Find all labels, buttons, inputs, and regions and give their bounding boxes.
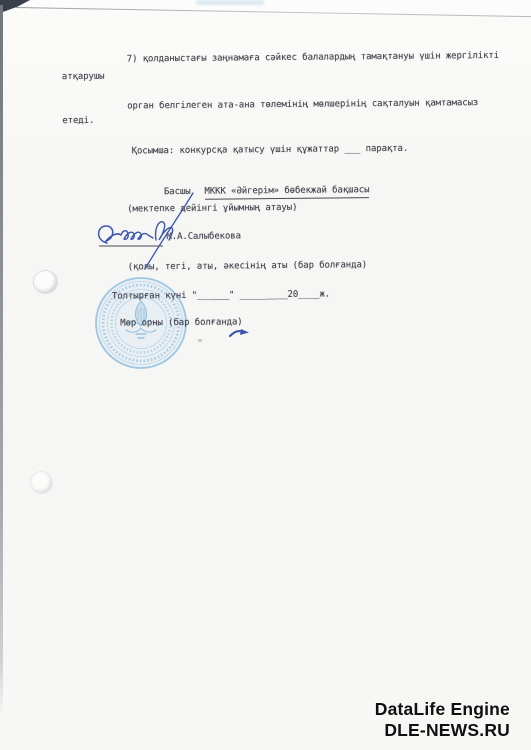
clause-8-line-2: етеді. bbox=[62, 116, 94, 126]
document-text-layer: 7) қолданыстағы заңнамаға сәйкес балалар… bbox=[0, 0, 531, 750]
stamp-place-caption: Мөр орны (бар болғанда) bbox=[120, 317, 242, 328]
pen-mark-head bbox=[240, 329, 249, 335]
clause-8-line-1: орган белгілеген ата-ана төлемінің мөлше… bbox=[127, 98, 478, 111]
clause-7-line-1: 7) қолданыстағы заңнамаға сәйкес балалар… bbox=[127, 51, 499, 65]
signature-strokes bbox=[99, 193, 193, 269]
pen-mark bbox=[229, 327, 251, 339]
head-org-name: МККК «Әйгерім» бөбекжай бақшасы bbox=[204, 185, 369, 199]
date-fill-line: Толтырған күні "______" _________20____ж… bbox=[112, 290, 330, 302]
watermark-line2: DLE-NEWS.RU bbox=[375, 720, 510, 741]
watermark: DataLife Engine DLE-NEWS.RU bbox=[375, 699, 510, 741]
scanned-document-page: 7) қолданыстағы заңнамаға сәйкес балалар… bbox=[0, 0, 531, 750]
handwritten-signature bbox=[93, 188, 208, 273]
attachment-line: Қосымша: конкурсқа қатысу үшін құжаттар … bbox=[132, 144, 409, 157]
watermark-line1: DataLife Engine bbox=[375, 699, 510, 720]
clause-7-line-2: атқарушы bbox=[62, 72, 105, 82]
